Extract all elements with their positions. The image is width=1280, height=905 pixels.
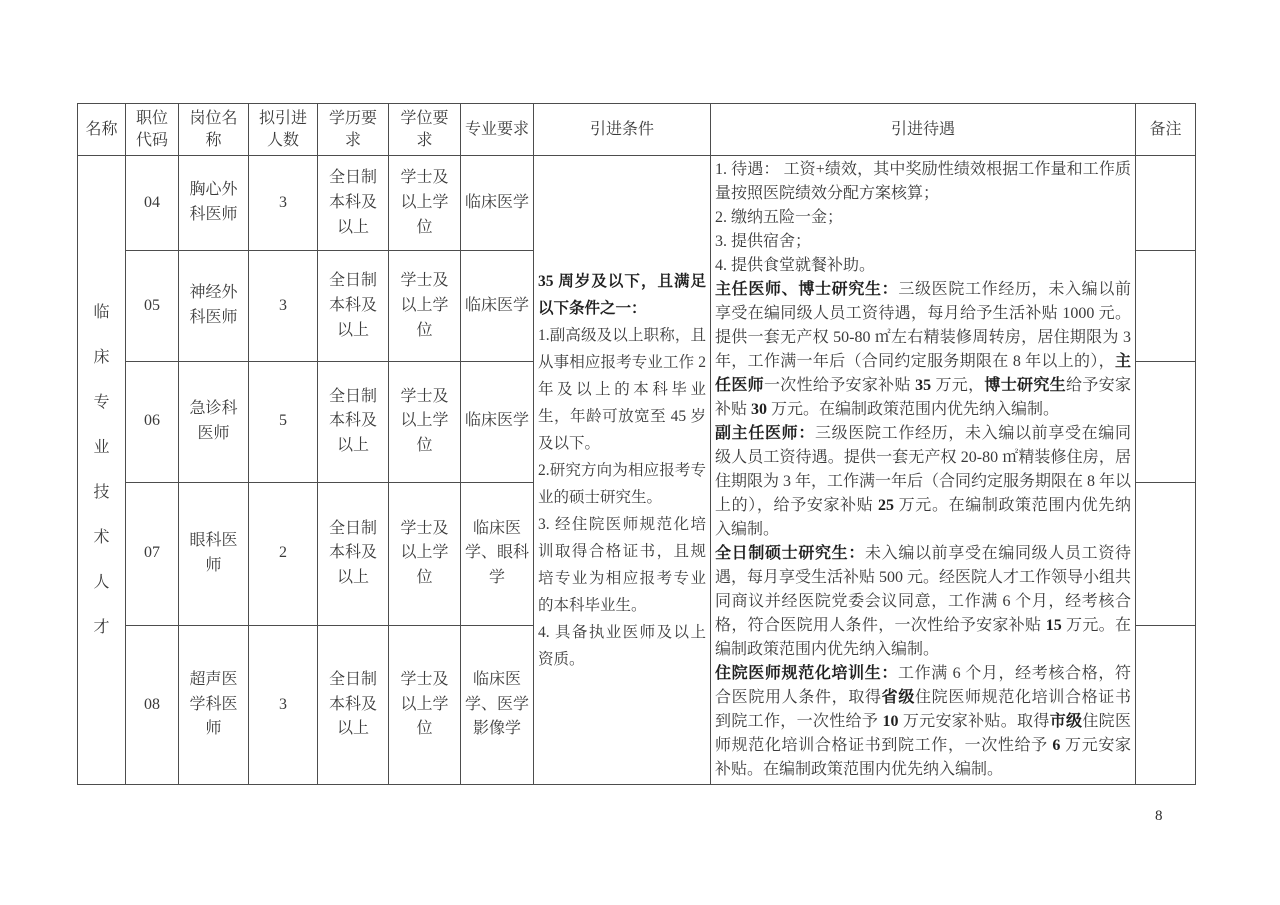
degree-requirement: 学士及 以上学 位 bbox=[389, 625, 461, 784]
header-position-code: 职位 代码 bbox=[126, 104, 179, 156]
degree-requirement: 学士及 以上学 位 bbox=[389, 156, 461, 251]
header-post-name: 岗位名 称 bbox=[179, 104, 249, 156]
document-page: 名称 职位 代码 岗位名 称 拟引进 人数 学历要 求 学位要 求 专业要求 引… bbox=[0, 0, 1280, 905]
education-requirement: 全日制 本科及 以上 bbox=[318, 251, 389, 361]
post-name: 急诊科 医师 bbox=[179, 361, 249, 482]
header-remark: 备注 bbox=[1136, 104, 1196, 156]
post-name: 神经外 科医师 bbox=[179, 251, 249, 361]
position-code: 05 bbox=[126, 251, 179, 361]
category-label: 临 床 专 业 技 术 人 才 bbox=[78, 156, 126, 785]
degree-requirement: 学士及 以上学 位 bbox=[389, 482, 461, 625]
post-name: 眼科医 师 bbox=[179, 482, 249, 625]
intro-treatment-text: 1. 待遇： 工资+绩效，其中奖励性绩效根据工作量和工作质量按照医院绩效分配方案… bbox=[711, 156, 1136, 785]
header-name: 名称 bbox=[78, 104, 126, 156]
post-name: 超声医 学科医 师 bbox=[179, 625, 249, 784]
post-name: 胸心外 科医师 bbox=[179, 156, 249, 251]
position-code: 07 bbox=[126, 482, 179, 625]
planned-count: 3 bbox=[249, 625, 318, 784]
header-major-requirement: 专业要求 bbox=[461, 104, 534, 156]
planned-count: 5 bbox=[249, 361, 318, 482]
header-degree-requirement: 学位要 求 bbox=[389, 104, 461, 156]
position-code: 08 bbox=[126, 625, 179, 784]
planned-count: 2 bbox=[249, 482, 318, 625]
table-row: 临 床 专 业 技 术 人 才 04 胸心外 科医师 3 全日制 本科及 以上 … bbox=[78, 156, 1196, 251]
degree-requirement: 学士及 以上学 位 bbox=[389, 251, 461, 361]
major-requirement: 临床医 学、医学 影像学 bbox=[461, 625, 534, 784]
remark-cell bbox=[1136, 251, 1196, 361]
planned-count: 3 bbox=[249, 156, 318, 251]
remark-cell bbox=[1136, 625, 1196, 784]
education-requirement: 全日制 本科及 以上 bbox=[318, 625, 389, 784]
header-education-requirement: 学历要 求 bbox=[318, 104, 389, 156]
education-requirement: 全日制 本科及 以上 bbox=[318, 156, 389, 251]
position-code: 04 bbox=[126, 156, 179, 251]
remark-cell bbox=[1136, 156, 1196, 251]
major-requirement: 临床医学 bbox=[461, 361, 534, 482]
major-requirement: 临床医 学、眼科 学 bbox=[461, 482, 534, 625]
degree-requirement: 学士及 以上学 位 bbox=[389, 361, 461, 482]
header-planned-count: 拟引进 人数 bbox=[249, 104, 318, 156]
intro-conditions-text: 35 周岁及以下，且满足以下条件之一：1.副高级及以上职称，且从事相应报考专业工… bbox=[534, 156, 711, 785]
remark-cell bbox=[1136, 482, 1196, 625]
header-intro-conditions: 引进条件 bbox=[534, 104, 711, 156]
table-header-row: 名称 职位 代码 岗位名 称 拟引进 人数 学历要 求 学位要 求 专业要求 引… bbox=[78, 104, 1196, 156]
position-code: 06 bbox=[126, 361, 179, 482]
header-intro-treatment: 引进待遇 bbox=[711, 104, 1136, 156]
planned-count: 3 bbox=[249, 251, 318, 361]
education-requirement: 全日制 本科及 以上 bbox=[318, 361, 389, 482]
education-requirement: 全日制 本科及 以上 bbox=[318, 482, 389, 625]
major-requirement: 临床医学 bbox=[461, 251, 534, 361]
recruitment-table: 名称 职位 代码 岗位名 称 拟引进 人数 学历要 求 学位要 求 专业要求 引… bbox=[77, 103, 1196, 785]
remark-cell bbox=[1136, 361, 1196, 482]
page-number: 8 bbox=[1155, 808, 1163, 825]
major-requirement: 临床医学 bbox=[461, 156, 534, 251]
